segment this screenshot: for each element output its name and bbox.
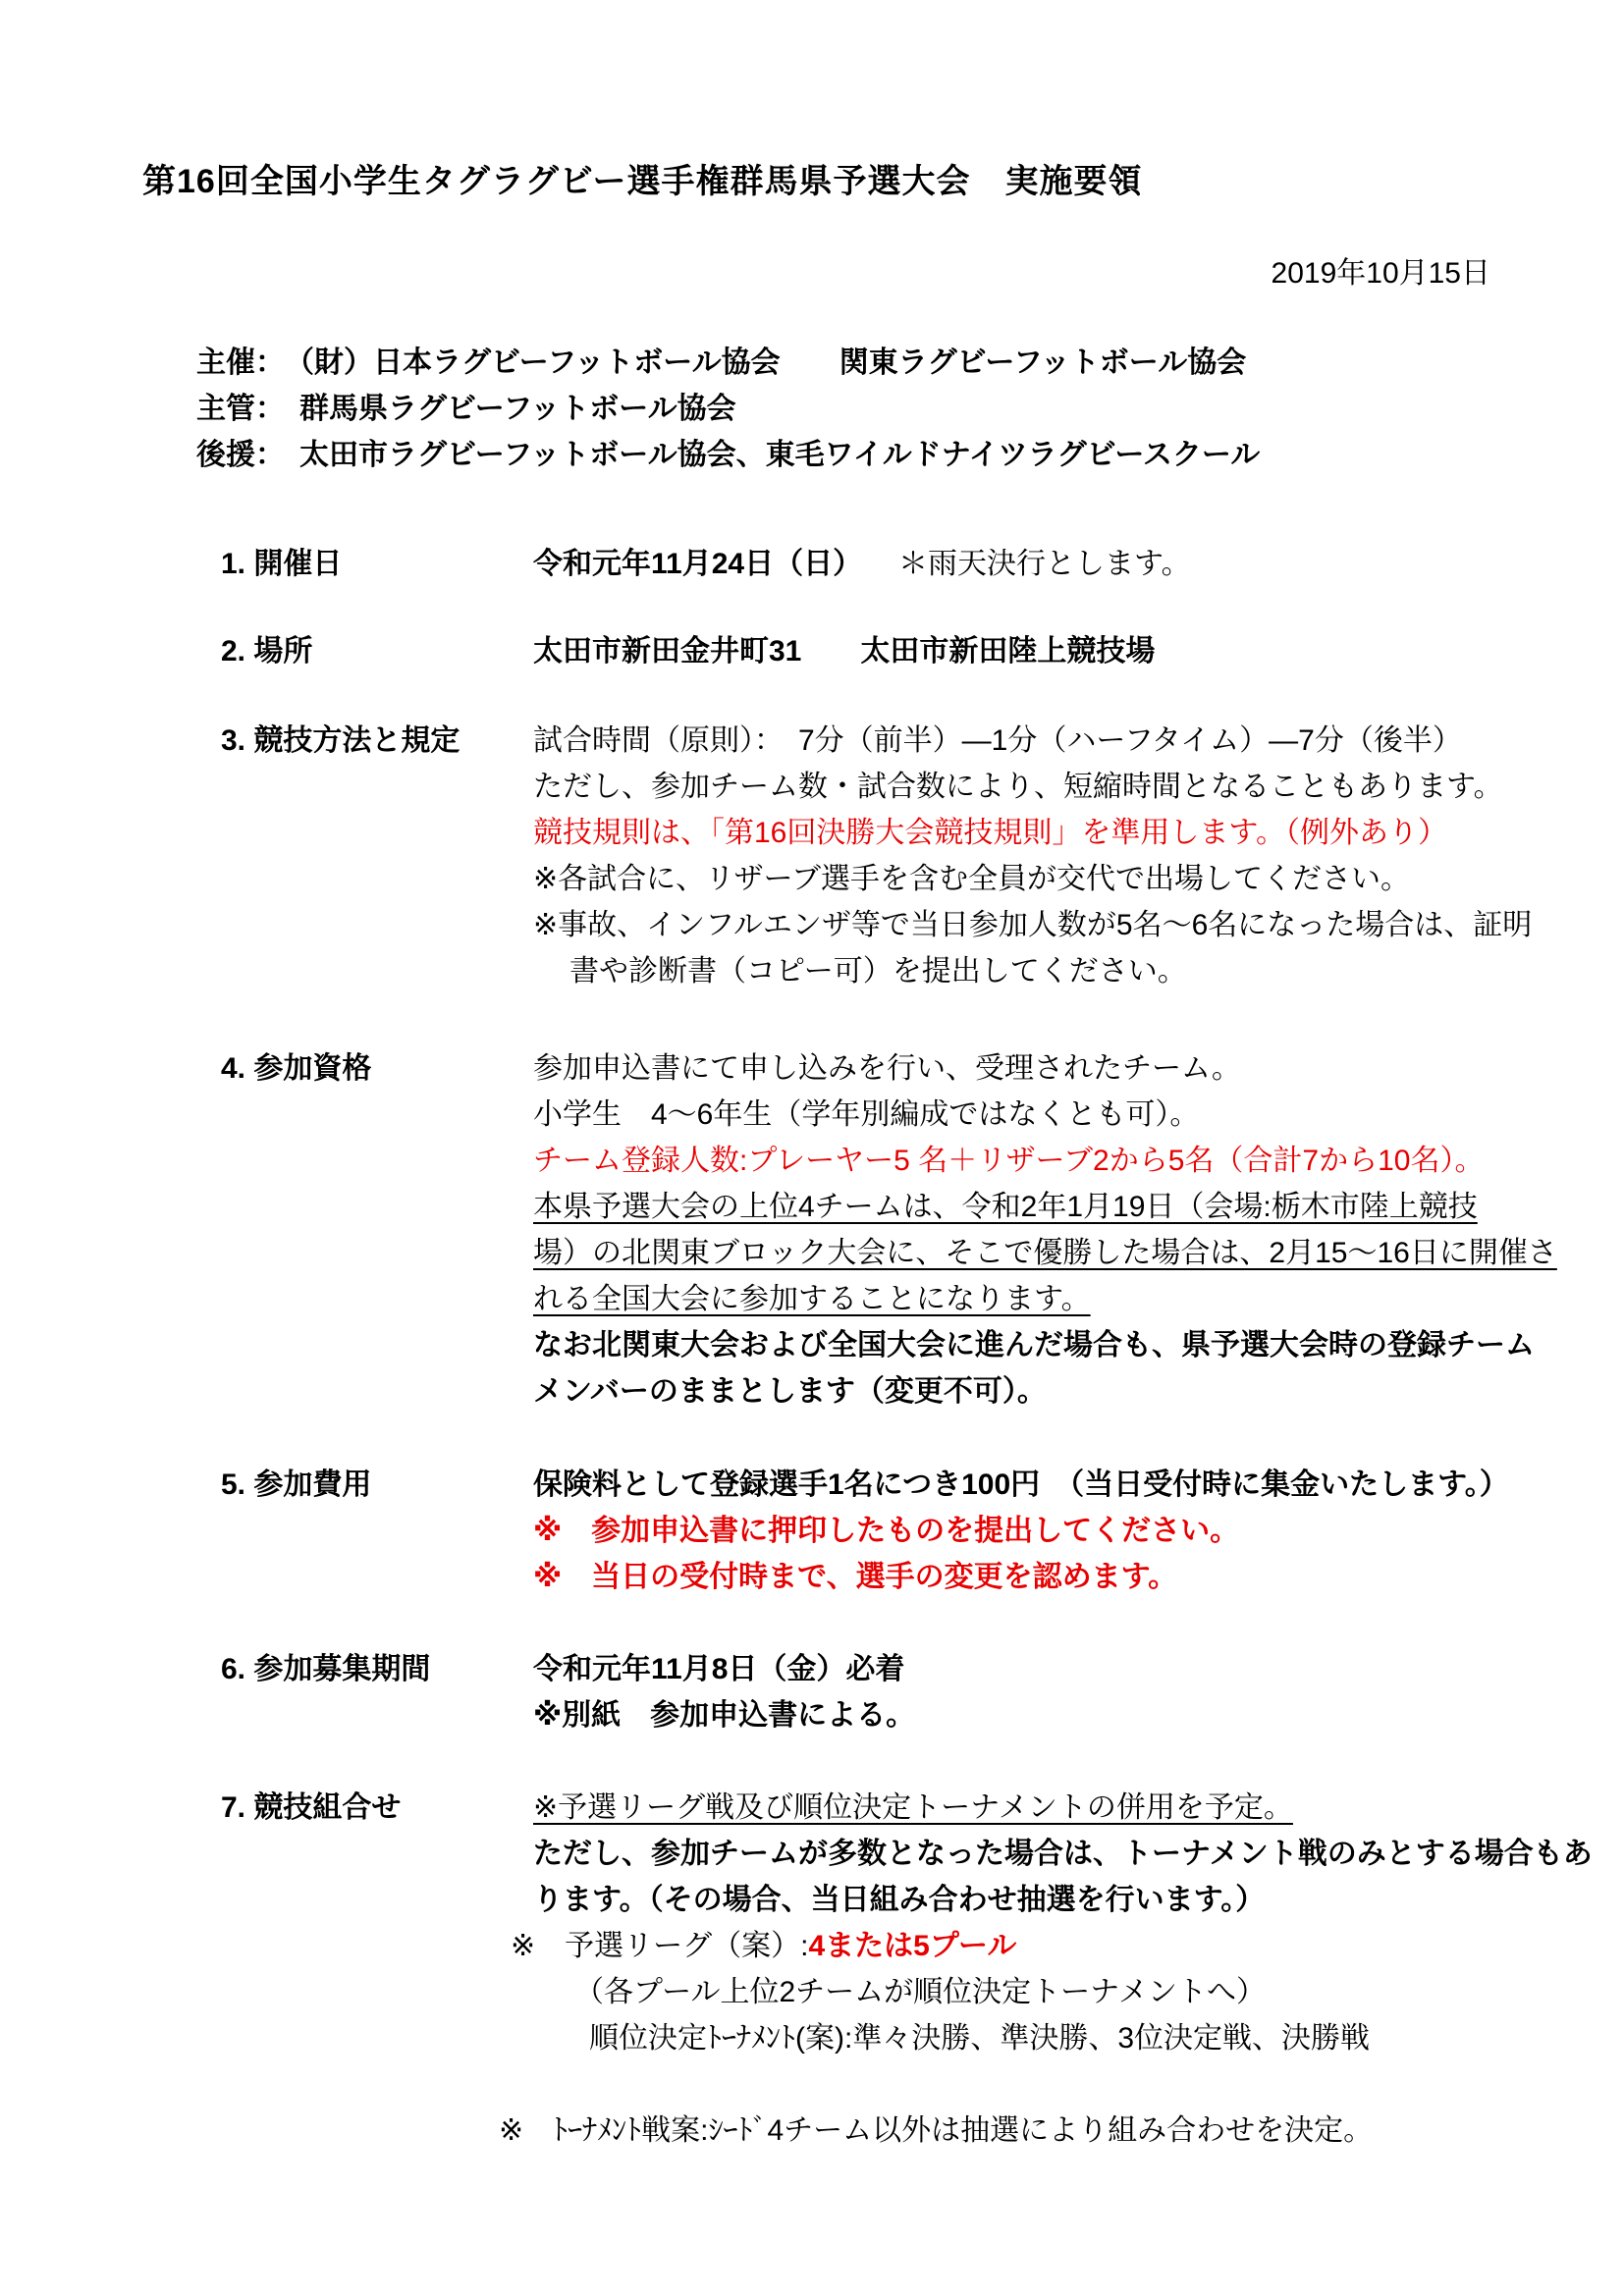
doc-line: 場）の北関東ブロック大会に、そこで優勝した場合は、2月15～16日に開催さ bbox=[533, 1230, 1624, 1276]
section: 3. 競技方法と規定試合時間（原則）： 7分（前半）―1分（ハーフタイム）―7分… bbox=[0, 718, 1624, 994]
doc-line: ※ 予選リーグ（案）:4または5プール bbox=[511, 1923, 1624, 1969]
section-label: 6. 参加募集期間 bbox=[221, 1646, 430, 1692]
doc-line: 太田市新田金井町31 太田市新田陸上競技場 bbox=[533, 628, 1624, 674]
document-date: 2019年10月15日 bbox=[1272, 248, 1490, 292]
doc-line: 保険料として登録選手1名につき100円 （当日受付時に集金いたします。） bbox=[533, 1462, 1624, 1508]
organizer-line-admin: 主管： 群馬県ラグビーフットボール協会 bbox=[196, 386, 1260, 432]
doc-line: 試合時間（原則）： 7分（前半）―1分（ハーフタイム）―7分（後半） bbox=[533, 718, 1624, 764]
doc-line: 令和元年11月24日（日）＊雨天決行とします。 bbox=[533, 541, 1624, 587]
doc-line: メンバーのままとします（変更不可）。 bbox=[533, 1368, 1624, 1415]
doc-line: 参加申込書にて申し込みを行い、受理されたチーム。 bbox=[533, 1045, 1624, 1092]
doc-text-span: ＊雨天決行とします。 bbox=[898, 541, 1191, 587]
page-title: 第16回全国小学生タグラグビー選手権群馬県予選大会 実施要領 bbox=[142, 154, 1142, 202]
section-label: 5. 参加費用 bbox=[221, 1462, 371, 1508]
doc-line: 小学生 4～6年生（学年別編成ではなくとも可）。 bbox=[533, 1092, 1624, 1138]
section-label: 4. 参加資格 bbox=[221, 1045, 371, 1092]
doc-line: なお北関東大会および全国大会に進んだ場合も、県予選大会時の登録チーム bbox=[533, 1322, 1624, 1368]
organizer-line-support: 後援： 太田市ラグビーフットボール協会、東毛ワイルドナイツラグビースクール bbox=[196, 432, 1260, 478]
doc-line: 令和元年11月8日（金）必着 bbox=[533, 1646, 1624, 1692]
section-label: 2. 場所 bbox=[221, 628, 312, 674]
section-label: 3. 競技方法と規定 bbox=[221, 718, 460, 764]
doc-line: ただし、参加チームが多数となった場合は、トーナメント戦のみとする場合もあ bbox=[533, 1831, 1624, 1877]
section-label: 7. 競技組合せ bbox=[221, 1785, 401, 1831]
doc-text-span: 4または5プール bbox=[808, 1930, 1016, 1962]
doc-text-span: ※ 予選リーグ（案）: bbox=[511, 1930, 808, 1962]
doc-line: ※ ﾄｰﾅﾒﾝﾄ戦案:ｼｰﾄﾞ4チーム以外は抽選により組み合わせを決定。 bbox=[499, 2108, 1624, 2154]
organizer-block: 主催： （財）日本ラグビーフットボール協会 関東ラグビーフットボール協会 主管：… bbox=[196, 340, 1260, 478]
doc-line: ります。（その場合、当日組み合わせ抽選を行います。） bbox=[533, 1877, 1624, 1923]
doc-line: ※ 参加申込書に押印したものを提出してください。 bbox=[533, 1508, 1624, 1554]
section: 2. 場所太田市新田金井町31 太田市新田陸上競技場 bbox=[0, 628, 1624, 674]
doc-line: ※別紙 参加申込書による。 bbox=[533, 1692, 1624, 1738]
doc-line: 競技規則は、「第16回決勝大会競技規則」を準用します。（例外あり） bbox=[533, 810, 1624, 856]
doc-line: れる全国大会に参加することになります。 bbox=[533, 1276, 1624, 1322]
section: 1. 開催日令和元年11月24日（日）＊雨天決行とします。 bbox=[0, 541, 1624, 587]
doc-line: ※予選リーグ戦及び順位決定トーナメントの併用を予定。 bbox=[533, 1785, 1624, 1831]
section: 5. 参加費用保険料として登録選手1名につき100円 （当日受付時に集金いたしま… bbox=[0, 1462, 1624, 1600]
doc-line: ※ 当日の受付時まで、選手の変更を認めます。 bbox=[533, 1554, 1624, 1600]
doc-line: 順位決定ﾄｰﾅﾒﾝﾄ(案):準々決勝、準決勝、3位決定戦、決勝戦 bbox=[589, 2015, 1624, 2061]
doc-text-span: 令和元年11月24日（日） bbox=[533, 548, 862, 580]
doc-line: ただし、参加チーム数・試合数により、短縮時間となることもあります。 bbox=[533, 764, 1624, 810]
doc-line bbox=[533, 2061, 1624, 2108]
doc-line: 書や診断書（コピー可）を提出してください。 bbox=[569, 948, 1624, 994]
doc-line: 本県予選大会の上位4チームは、令和2年1月19日（会場:栃木市陸上競技 bbox=[533, 1184, 1624, 1230]
section: 6. 参加募集期間令和元年11月8日（金）必着※別紙 参加申込書による。 bbox=[0, 1646, 1624, 1738]
section: 7. 競技組合せ※予選リーグ戦及び順位決定トーナメントの併用を予定。ただし、参加… bbox=[0, 1785, 1624, 2154]
section: 4. 参加資格参加申込書にて申し込みを行い、受理されたチーム。小学生 4～6年生… bbox=[0, 1045, 1624, 1415]
doc-line: ※事故、インフルエンザ等で当日参加人数が5名～6名になった場合は、証明 bbox=[533, 902, 1624, 948]
organizer-line-host: 主催： （財）日本ラグビーフットボール協会 関東ラグビーフットボール協会 bbox=[196, 340, 1260, 386]
doc-line: （各プール上位2チームが順位決定トーナメントへ） bbox=[574, 1969, 1624, 2015]
document-page: 第16回全国小学生タグラグビー選手権群馬県予選大会 実施要領 2019年10月1… bbox=[0, 0, 1624, 2296]
doc-line: ※各試合に、リザーブ選手を含む全員が交代で出場してください。 bbox=[533, 856, 1624, 902]
doc-line: チーム登録人数:プレーヤー5 名＋リザーブ2から5名（合計7から10名）。 bbox=[533, 1138, 1624, 1184]
section-label: 1. 開催日 bbox=[221, 541, 342, 587]
